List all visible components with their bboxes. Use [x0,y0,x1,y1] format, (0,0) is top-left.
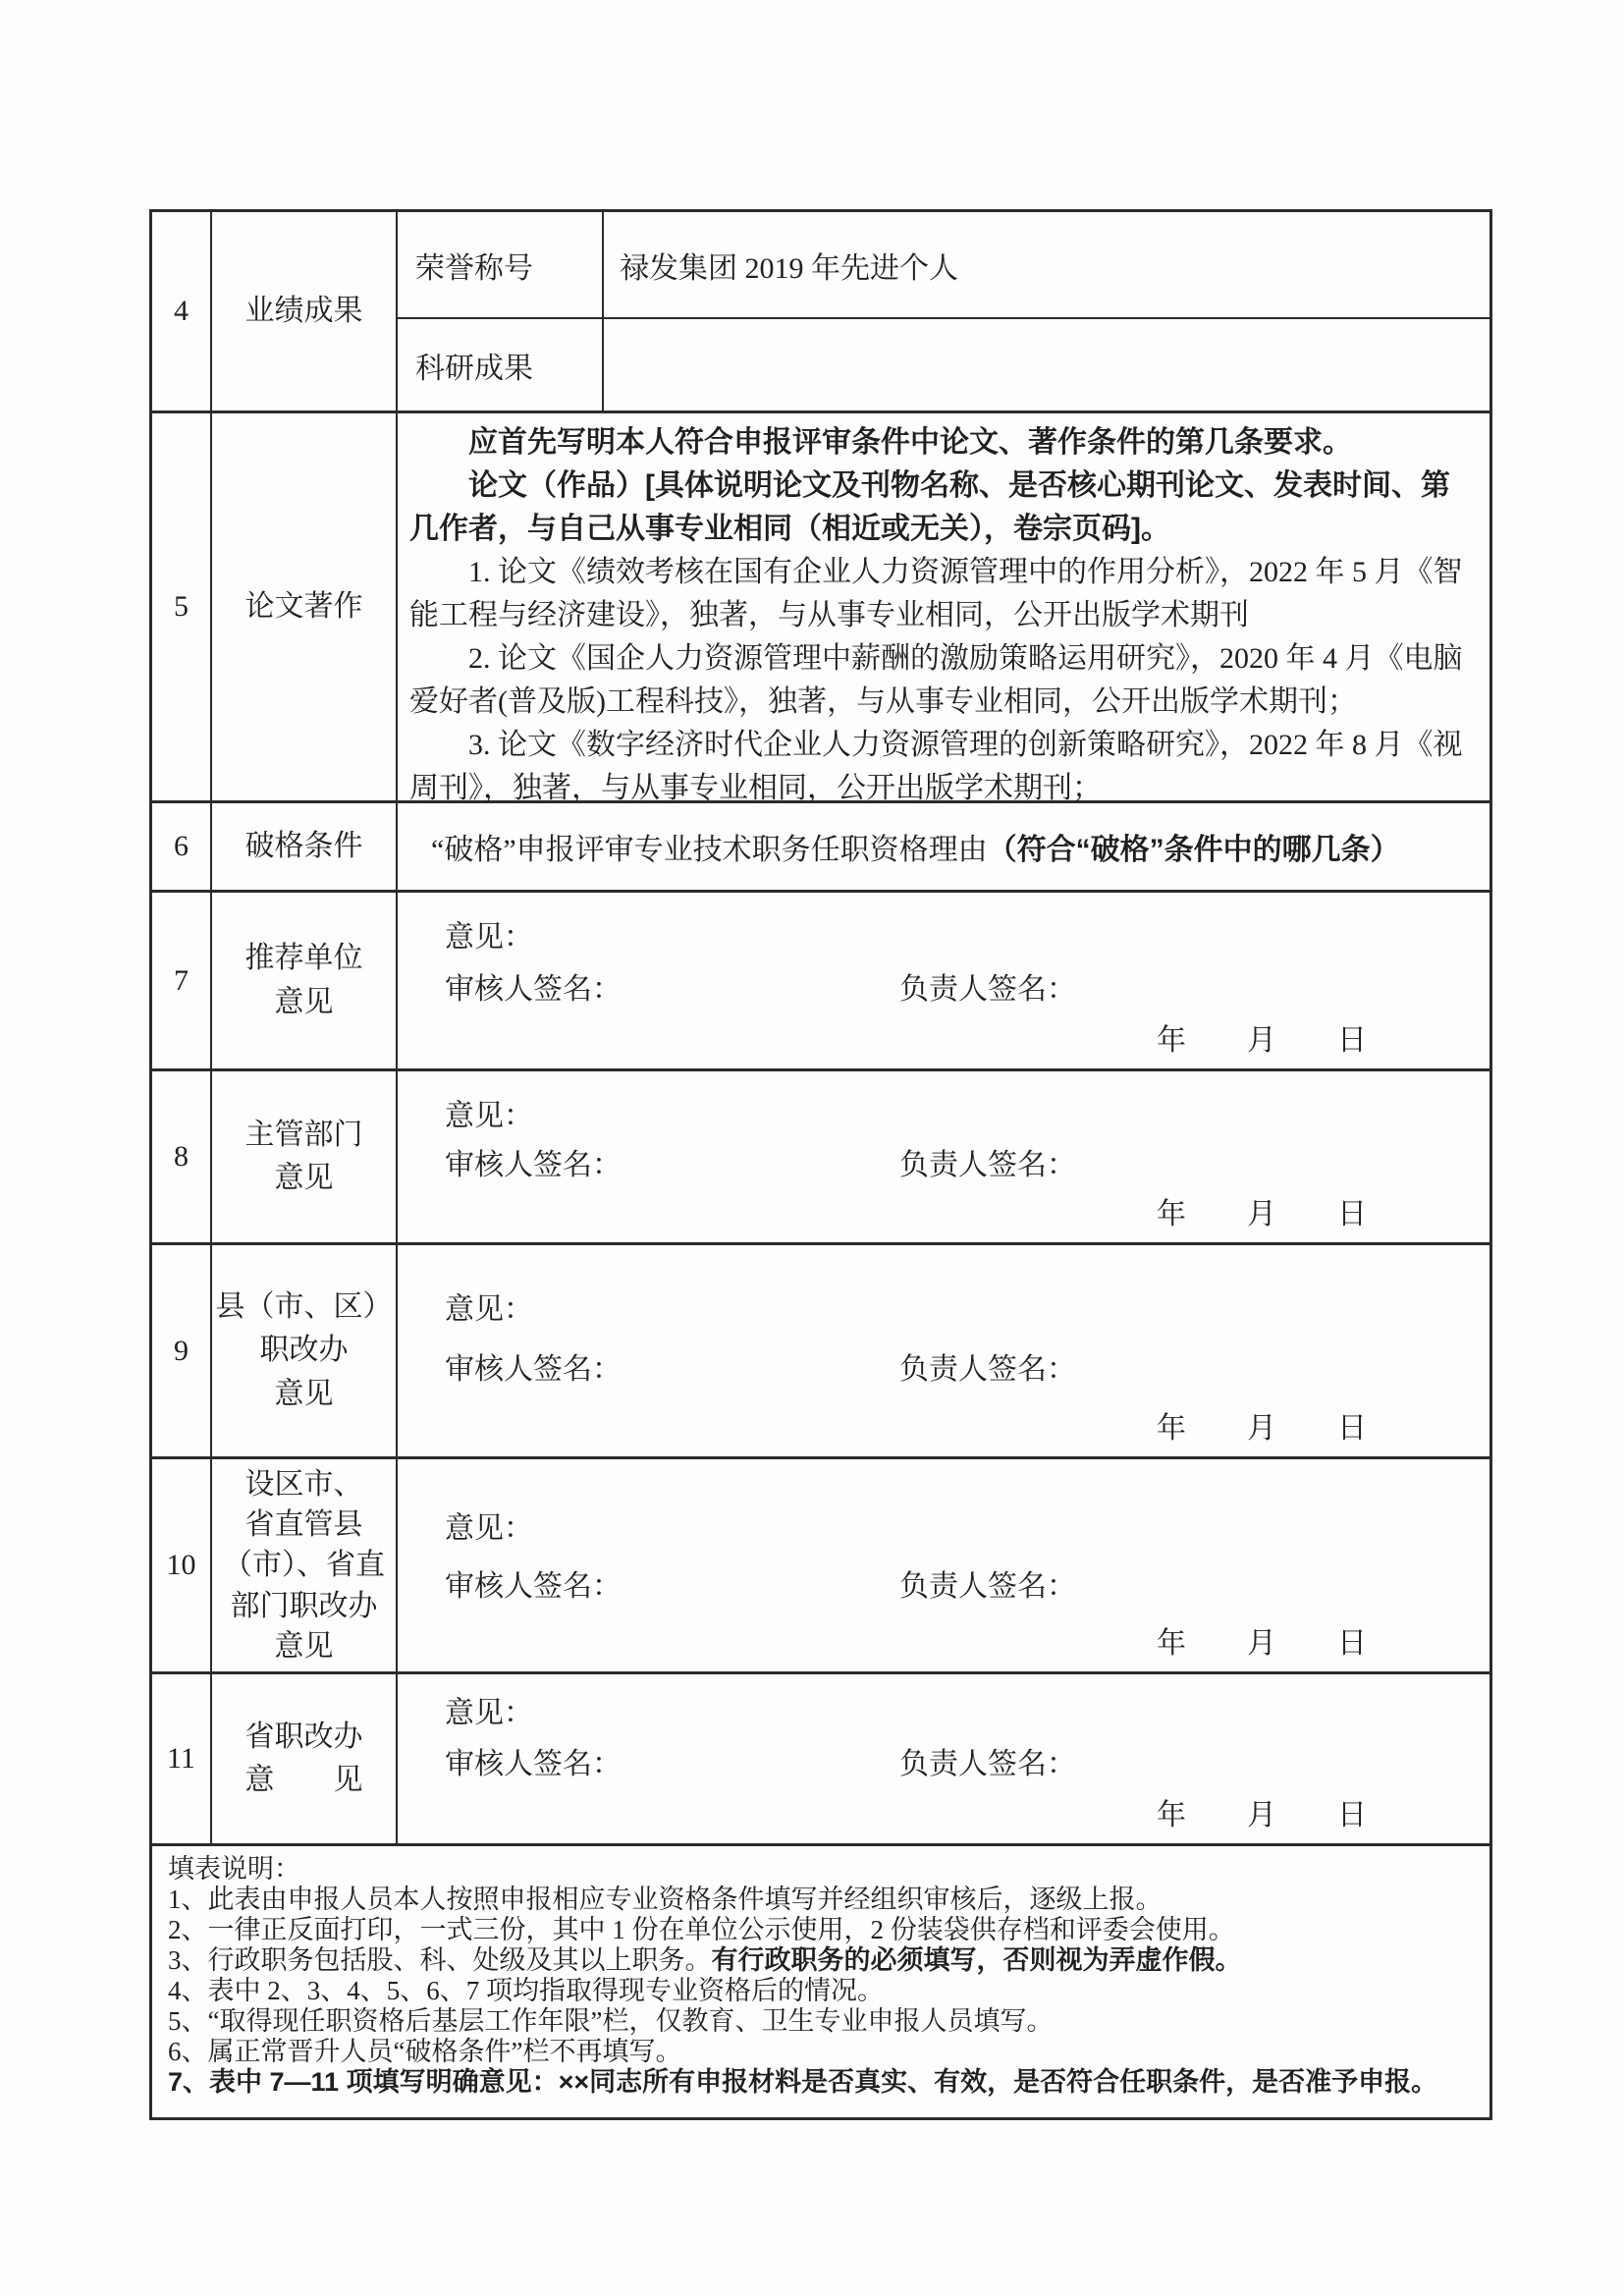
year-label: 年 [1157,1015,1186,1059]
signature-line: 审核人签名： 负责人签名： [445,964,1489,1008]
row-label-line: （市）、省直 [223,1545,385,1585]
row-label-line: 部门职改办 [231,1586,378,1626]
table-row-city-office-opinion: 10 设区市、 省直管县 （市）、省直 部门职改办 意见 意见： 审核人签名： … [152,1456,1489,1671]
responsible-signature-label: 负责人签名： [899,1140,1076,1183]
research-results-subrow: 科研成果 [398,317,1489,410]
exception-text-bold: （符合“破格”条件中的哪几条） [988,825,1400,868]
papers-instruction-2: 论文（作品）[具体说明论文及刊物名称、是否核心期刊论文、发表时间、第几作者，与自… [409,465,1476,551]
honor-title-value: 禄发集团 2019 年先进个人 [604,212,1489,317]
exception-content: “破格”申报评审专业技术职务任职资格理由（符合“破格”条件中的哪几条） [398,803,1489,890]
row-number: 4 [152,212,212,410]
note-item-3: 3、行政职务包括股、科、处级及其以上职务。有行政职务的必须填写，否则视为弄虚作假… [168,1945,1470,1976]
row-label: 论文著作 [212,413,398,800]
year-label: 年 [1157,1403,1186,1447]
month-label: 月 [1247,1790,1276,1833]
date-line: 年 月 日 [1157,1015,1367,1059]
row-label: 主管部门 意见 [212,1071,398,1242]
note-item-1: 1、此表由申报人员本人按照申报相应专业资格条件填写并经组织审核后，逐级上报。 [168,1885,1470,1915]
row-label-line: 意 见 [245,1759,363,1802]
opinion-cell: 意见： 审核人签名： 负责人签名： 年 月 日 [398,893,1489,1068]
date-line: 年 月 日 [1157,1790,1367,1833]
row-number: 10 [152,1459,212,1671]
row-number: 9 [152,1245,212,1456]
day-label: 日 [1337,1189,1367,1232]
date-line: 年 月 日 [1157,1189,1367,1232]
opinion-cell: 意见： 审核人签名： 负责人签名： 年 月 日 [398,1071,1489,1242]
row-label-line: 意见 [275,1157,334,1200]
row-label-line: 意见 [275,1373,334,1416]
row-label-line: 职改办 [260,1329,349,1372]
row-label: 推荐单位 意见 [212,893,398,1068]
year-label: 年 [1157,1618,1186,1662]
table-row-county-office-opinion: 9 县（市、区） 职改办 意见 意见： 审核人签名： 负责人签名： 年 月 日 [152,1242,1489,1456]
day-label: 日 [1337,1015,1367,1059]
row-number: 6 [152,803,212,890]
reviewer-signature-label: 审核人签名： [445,1739,622,1782]
papers-content: 应首先写明本人符合申报评审条件中论文、著作条件的第几条要求。 论文（作品）[具体… [398,413,1489,800]
month-label: 月 [1247,1189,1276,1232]
day-label: 日 [1337,1403,1367,1447]
row-number: 8 [152,1071,212,1242]
research-results-value [604,319,1489,410]
achievements-content: 荣誉称号 禄发集团 2019 年先进个人 科研成果 [398,212,1489,410]
reviewer-signature-label: 审核人签名： [445,1561,622,1605]
note-item-2: 2、一律正反面打印，一式三份，其中 1 份在单位公示使用，2 份装袋供存档和评委… [168,1915,1470,1945]
table-row-papers: 5 论文著作 应首先写明本人符合申报评审条件中论文、著作条件的第几条要求。 论文… [152,410,1489,800]
row-label-line: 主管部门 [245,1114,363,1157]
responsible-signature-label: 负责人签名： [899,1739,1076,1782]
row-label-line: 设区市、 [245,1464,363,1504]
signature-line: 审核人签名： 负责人签名： [445,1561,1489,1605]
honor-title-label: 荣誉称号 [398,212,604,317]
row-label-line: 意见 [275,1626,334,1667]
opinion-label: 意见： [445,1091,1489,1134]
opinion-label: 意见： [445,1688,1489,1731]
date-line: 年 月 日 [1157,1618,1367,1662]
row-label-line: 意见 [275,981,334,1024]
honor-title-subrow: 荣誉称号 禄发集团 2019 年先进个人 [398,212,1489,317]
row-number: 5 [152,413,212,800]
day-label: 日 [1337,1618,1367,1662]
scanned-form-page: 4 业绩成果 荣誉称号 禄发集团 2019 年先进个人 科研成果 [0,0,1624,2296]
table-row-achievements: 4 业绩成果 荣誉称号 禄发集团 2019 年先进个人 科研成果 [152,212,1489,410]
table-row-recommending-unit-opinion: 7 推荐单位 意见 意见： 审核人签名： 负责人签名： 年 月 日 [152,890,1489,1068]
table-row-provincial-office-opinion: 11 省职改办 意 见 意见： 审核人签名： 负责人签名： 年 月 日 [152,1671,1489,1843]
signature-line: 审核人签名： 负责人签名： [445,1344,1489,1388]
row-label: 县（市、区） 职改办 意见 [212,1245,398,1456]
opinion-cell: 意见： 审核人签名： 负责人签名： 年 月 日 [398,1245,1489,1456]
note-item-6: 6、属正常晋升人员“破格条件”栏不再填写。 [168,2037,1470,2067]
notes-section: 填表说明： 1、此表由申报人员本人按照申报相应专业资格条件填写并经组织审核后，逐… [152,1846,1489,2117]
papers-instruction-1: 应首先写明本人符合申报评审条件中论文、著作条件的第几条要求。 [409,421,1476,465]
opinion-label: 意见： [445,912,1489,956]
row-label: 设区市、 省直管县 （市）、省直 部门职改办 意见 [212,1459,398,1671]
opinion-label: 意见： [445,1503,1489,1547]
note-item-7: 7、表中 7—11 项填写明确意见：××同志所有申报材料是否真实、有效，是否符合… [168,2067,1470,2098]
opinion-cell: 意见： 审核人签名： 负责人签名： 年 月 日 [398,1459,1489,1671]
row-label: 破格条件 [212,803,398,890]
row-number: 11 [152,1674,212,1843]
table-row-supervising-dept-opinion: 8 主管部门 意见 意见： 审核人签名： 负责人签名： 年 月 日 [152,1068,1489,1242]
year-label: 年 [1157,1790,1186,1833]
note-item-3-bold: 有行政职务的必须填写，否则视为弄虚作假。 [712,1945,1242,1975]
notes-title: 填表说明： [168,1854,1470,1885]
row-label: 业绩成果 [212,212,398,410]
exception-text: “破格”申报评审专业技术职务任职资格理由 [431,825,988,868]
responsible-signature-label: 负责人签名： [899,1344,1076,1388]
signature-line: 审核人签名： 负责人签名： [445,1140,1489,1183]
row-label-line: 县（市、区） [216,1285,393,1329]
row-label-text: 论文著作 [245,585,363,629]
date-line: 年 月 日 [1157,1403,1367,1447]
row-label-line: 推荐单位 [245,937,363,980]
paper-entry-3: 3. 论文《数字经济时代企业人力资源管理的创新策略研究》，2022 年 8 月《… [409,724,1476,810]
reviewer-signature-label: 审核人签名： [445,964,622,1008]
paper-entry-2: 2. 论文《国企人力资源管理中薪酬的激励策略运用研究》，2020 年 4 月《电… [409,637,1476,724]
paper-entry-1: 1. 论文《绩效考核在国有企业人力资源管理中的作用分析》，2022 年 5 月《… [409,551,1476,637]
row-label-line: 省直管县 [245,1504,363,1545]
row-number: 7 [152,893,212,1068]
note-item-4: 4、表中 2、3、4、5、6、7 项均指取得现专业资格后的情况。 [168,1976,1470,2006]
row-label: 省职改办 意 见 [212,1674,398,1843]
day-label: 日 [1337,1790,1367,1833]
responsible-signature-label: 负责人签名： [899,1561,1076,1605]
row-label-line: 省职改办 [245,1716,363,1759]
reviewer-signature-label: 审核人签名： [445,1140,622,1183]
month-label: 月 [1247,1403,1276,1447]
reviewer-signature-label: 审核人签名： [445,1344,622,1388]
month-label: 月 [1247,1015,1276,1059]
research-results-label: 科研成果 [398,319,604,410]
responsible-signature-label: 负责人签名： [899,964,1076,1008]
table-row-exception: 6 破格条件 “破格”申报评审专业技术职务任职资格理由（符合“破格”条件中的哪几… [152,800,1489,890]
row-label-text: 破格条件 [245,825,363,868]
month-label: 月 [1247,1618,1276,1662]
application-review-table: 4 业绩成果 荣誉称号 禄发集团 2019 年先进个人 科研成果 [149,209,1492,2120]
year-label: 年 [1157,1189,1186,1232]
table-row-notes: 填表说明： 1、此表由申报人员本人按照申报相应专业资格条件填写并经组织审核后，逐… [152,1843,1489,2117]
note-item-3-normal: 3、行政职务包括股、科、处级及其以上职务。 [168,1945,712,1975]
opinion-cell: 意见： 审核人签名： 负责人签名： 年 月 日 [398,1674,1489,1843]
opinion-label: 意见： [445,1285,1489,1328]
row-label-text: 业绩成果 [245,290,363,333]
note-item-5: 5、“取得现任职资格后基层工作年限”栏，仅教育、卫生专业申报人员填写。 [168,2006,1470,2037]
signature-line: 审核人签名： 负责人签名： [445,1739,1489,1782]
